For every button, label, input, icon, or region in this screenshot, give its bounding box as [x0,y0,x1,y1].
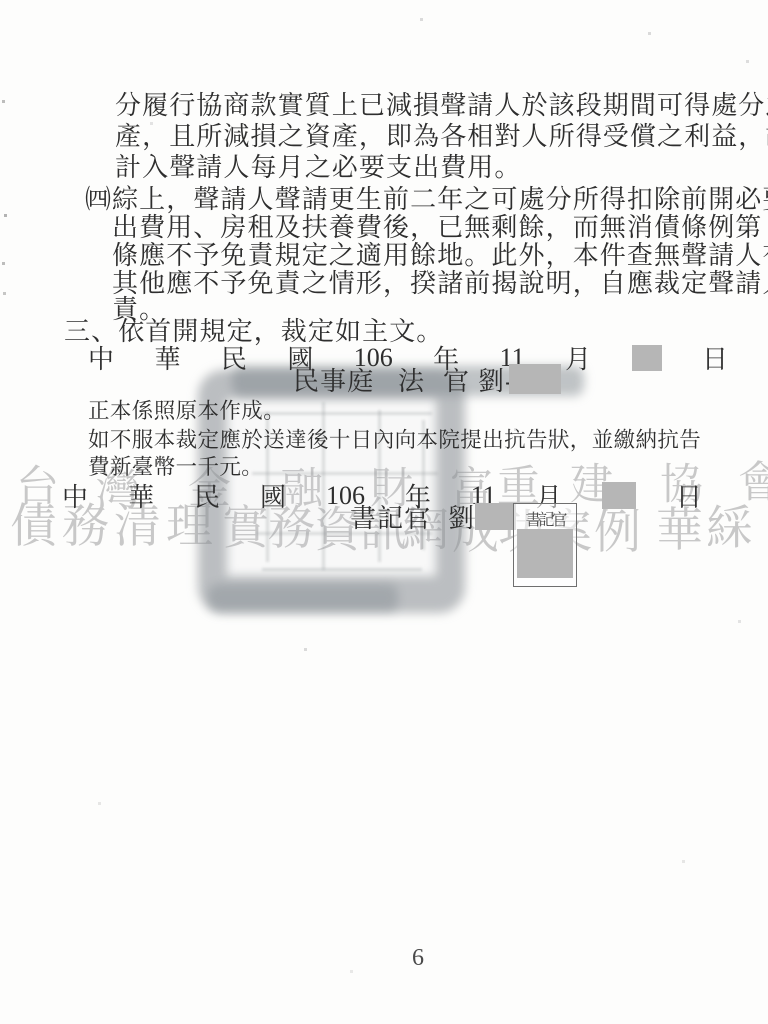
clerk-role-label: 書記官 [350,505,431,533]
redaction-box-judge-name [509,364,561,394]
watermark-char: 債 [10,504,57,551]
scan-noise-specks [2,100,5,103]
body-line: 計入聲請人每月之必要支出費用。 [115,154,522,182]
body-line: 分履行協商款實質上已減損聲請人於該段期間可得處分之資 [115,92,768,120]
watermark-char: 例 [594,510,641,557]
redaction-box-day [632,345,662,371]
judge-role-label: 法 [398,368,425,396]
date-char: 日 [702,339,728,376]
date-char: 華 [128,477,154,514]
body-line: 出費用、房租及扶養費後，已無剩餘，而無消債條例第 133 [112,214,768,242]
body-line: 綜上，聲請人聲請更生前二年之可處分所得扣除前開必要支 [112,186,768,214]
redaction-box-clerk-name [475,503,516,530]
date-char: 民 [194,477,220,514]
scanned-court-ruling-page: 台 灣 金 融 財 富 重 建 協 會 債 務 清 理 實 務 資 訊 網 成 … [0,0,768,1024]
watermark-char: 會 [738,462,768,505]
seal-script-mark [252,472,438,475]
body-line: 條應不予免責規定之適用餘地。此外，本件查無聲請人有何 [112,242,768,270]
certification-line: 正本係照原本作成。 [88,400,285,424]
date-char: 華 [154,339,180,376]
body-line: 產，且所減損之資產，即為各相對人所得受償之利益，故應 [115,123,768,151]
clerk-verification-stamp: 書記官 [513,503,577,587]
seal-smudge-bottom [208,584,398,612]
seal-script-mark [262,568,422,571]
judge-role-label: 官 [443,368,470,396]
stamp-label: 書記官 [514,504,576,530]
date-char: 民 [221,339,247,376]
item-four-marker: ㈣ [85,186,112,214]
date-char: 國 [260,477,286,514]
page-number: 6 [412,945,424,972]
watermark-char: 綵 [706,506,753,553]
judge-court-label: 民事庭 [293,368,374,396]
date-char: 中 [62,477,88,514]
date-char: 月 [565,339,591,376]
appeal-notice-line: 如不服本裁定應於送達後十日內向本院提出抗告狀，並繳納抗告 [88,429,701,453]
body-line: 其他應不予免責之情形，揆諸前揭說明，自應裁定聲請人免 [112,270,768,298]
clerk-surname: 劉 [448,505,475,533]
date-char: 中 [88,339,114,376]
date-char: 日 [676,477,702,514]
watermark-char: 華 [656,508,703,555]
redaction-box-stamp [517,529,573,578]
redaction-box-day [602,482,636,509]
